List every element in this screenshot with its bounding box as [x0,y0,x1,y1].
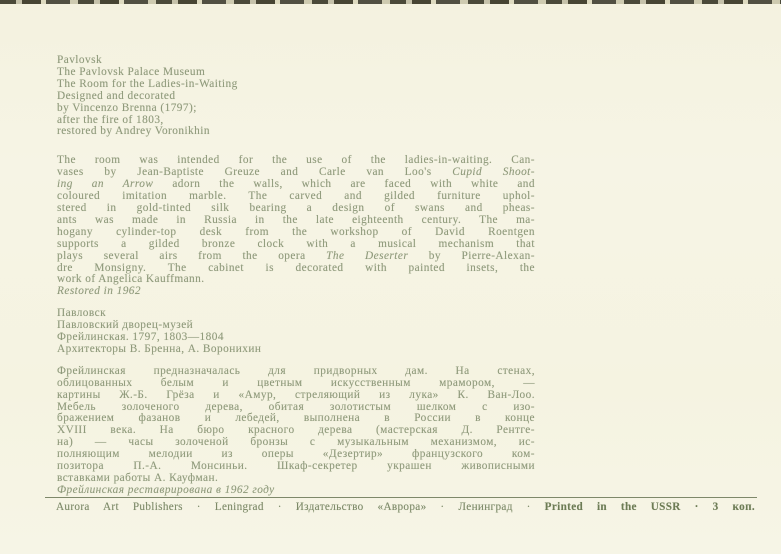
text-segment: вставками работы А. Кауфман. [57,472,218,484]
text-segment: coloured imitation marble. The carved an… [57,190,535,202]
text-segment: облицованных белым и цветным искусственн… [57,377,535,389]
text-segment: Архитекторы В. Бренна, А. Воронихин [57,343,261,355]
text-segment: vases by Jean-Baptiste Greuze and Carle … [57,166,452,178]
text-segment: The Room for the Ladies-in-Waiting [57,78,238,90]
text-segment: Павловск [57,307,106,319]
russian-caption-block: ПавловскПавловский дворец-музейФрейлинск… [57,308,535,356]
publisher-imprint: Aurora Art Publishers · Leningrad · Изда… [45,497,757,514]
text-segment: stered in gold-tinted silk bearing a des… [57,202,535,214]
text-segment: Cupid Shoot- [452,166,535,178]
english-description: The room was intended for the use of the… [57,155,535,298]
text-segment: полняющим мелодии из оперы «Дезертир» фр… [57,448,535,460]
text-segment: The Deserter [326,250,408,262]
text-line: Restored in 1962 [57,286,535,298]
text-segment: картины Ж.-Б. Грёза и «Амур, стреляющий … [57,389,535,401]
text-segment: Restored in 1962 [57,285,141,297]
text-segment: restored by Andrey Voronikhin [57,125,210,137]
text-segment: ants was made in Russia in the late eigh… [57,214,535,226]
text-line: restored by Andrey Voronikhin [57,126,535,138]
text-segment: ing an Arrow [57,178,153,190]
text-segment: Pavlovsk [57,54,102,66]
text-segment: hogany cylinder-top desk from the worksh… [57,226,535,238]
text-segment: The room was intended for the use of the… [57,154,535,166]
text-segment: The Pavlovsk Palace Museum [57,66,205,78]
text-segment: after the fire of 1803, [57,114,164,126]
text-segment: by Pierre-Alexan- [408,250,535,262]
text-segment: Printed in the USSR · 3 коп. [545,501,755,513]
imprint-line: Aurora Art Publishers · Leningrad · Изда… [56,501,755,514]
text-segment: на) — часы золоченой бронзы с музыкальны… [57,436,535,448]
text-segment: by Vincenzo Brenna (1797); [57,102,197,114]
text-segment: work of Angelica Kauffmann. [57,273,205,285]
text-segment: Фрейлинская реставрирована в 1962 году [57,484,275,496]
text-segment: Фрейлинская. 1797, 1803—1804 [57,331,224,343]
english-caption-block: PavlovskThe Pavlovsk Palace MuseumThe Ro… [57,55,535,138]
postcard-verso: PavlovskThe Pavlovsk Palace MuseumThe Ro… [0,0,781,554]
text-segment: позитора П.-А. Монсиньи. Шкаф-секретер у… [57,460,535,472]
text-line: Архитекторы В. Бренна, А. Воронихин [57,344,535,356]
text-segment: supports a gilded bronze clock with a mu… [57,238,535,250]
text-segment: Павловский дворец-музей [57,319,193,331]
text-segment: Мебель золоченого дерева, обитая золотис… [57,401,535,413]
postcard-text-column: PavlovskThe Pavlovsk Palace MuseumThe Ro… [57,55,535,497]
text-segment: plays several airs from the opera [57,250,326,262]
text-segment: dre Monsigny. The cabinet is decorated w… [57,262,535,274]
text-segment: XVIII века. На бюро красного дерева (мас… [57,424,535,436]
text-segment: бражением фазанов и лебедей, выполнена в… [57,412,535,424]
scan-edge-top [0,0,781,4]
text-line: Фрейлинская реставрирована в 1962 году [57,485,535,497]
text-segment: Aurora Art Publishers · Leningrad · Изда… [56,501,545,513]
text-line: Aurora Art Publishers · Leningrad · Изда… [56,501,755,514]
text-segment: Designed and decorated [57,90,175,102]
text-segment: Фрейлинская предназначалась для придворн… [57,365,535,377]
text-segment: adorn the walls, which are faced with wh… [153,178,535,190]
russian-description: Фрейлинская предназначалась для придворн… [57,366,535,497]
